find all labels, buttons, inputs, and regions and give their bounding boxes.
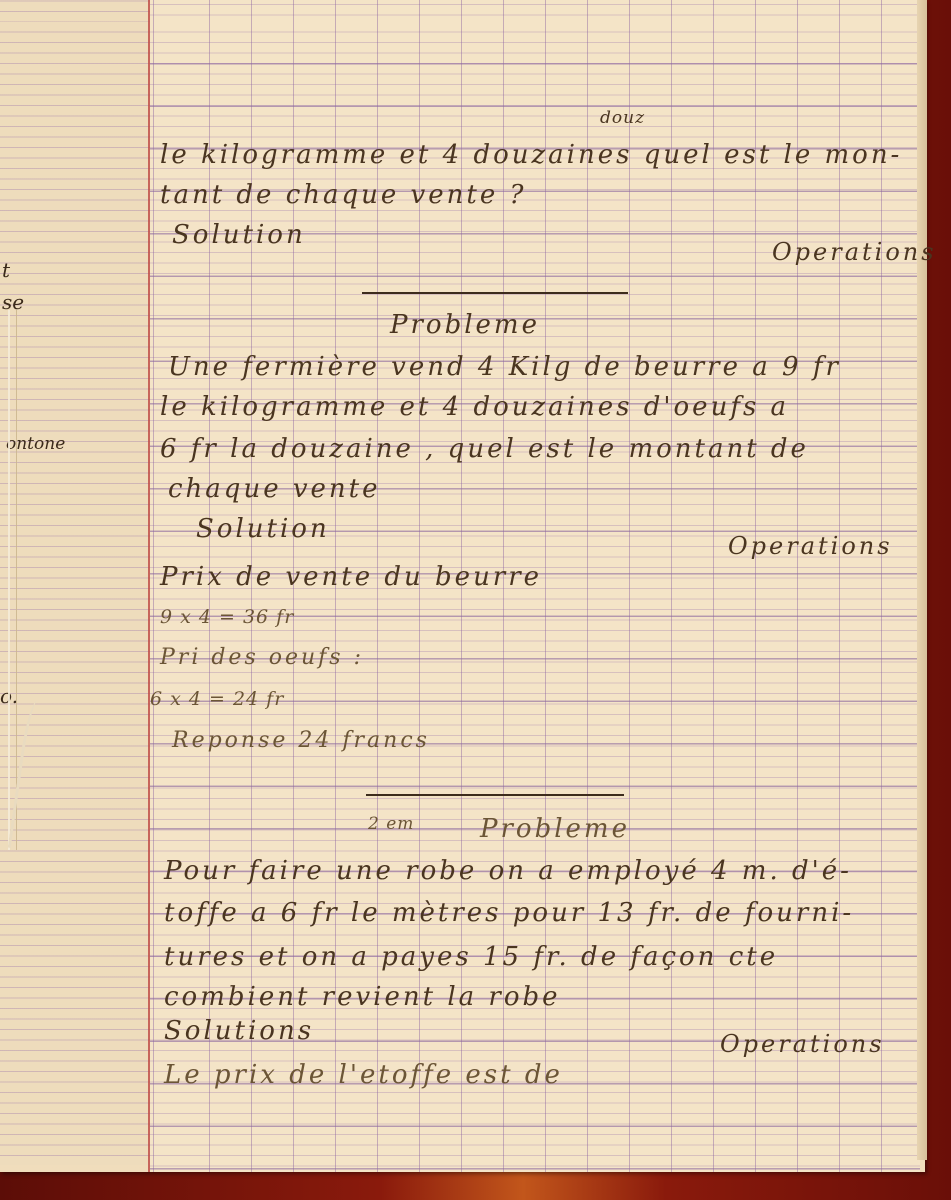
operations-label: Operations <box>772 238 937 266</box>
solution-line: 6 x 4 = 24 fr <box>150 688 284 710</box>
notebook: t se ontone o. douz le kilogramme et 4 d… <box>0 0 925 1172</box>
binding-spine <box>8 310 17 850</box>
text-line: toffe a 6 fr le mètres pour 13 fr. de fo… <box>164 898 854 928</box>
solution-line: 9 x 4 = 36 fr <box>160 606 294 628</box>
solution-line: Le prix de l'etoffe est de <box>164 1060 563 1090</box>
margin-line <box>148 0 150 1172</box>
operations-label: Operations <box>720 1030 885 1058</box>
solution-label: Solution <box>196 514 330 544</box>
left-page-fragment: t se ontone o. <box>0 0 150 1165</box>
text-line: Une fermière vend 4 Kilg de beurre a 9 f… <box>168 352 841 382</box>
text-line: Pour faire une robe on a employé 4 m. d'… <box>164 856 852 886</box>
text-line: combient revient la robe <box>164 982 561 1012</box>
answer-line: Reponse 24 francs <box>172 728 430 753</box>
section-divider <box>362 292 628 294</box>
solution-label: Solutions <box>164 1016 314 1046</box>
operations-label: Operations <box>728 532 893 560</box>
text-line: 6 fr la douzaine , quel est le montant d… <box>160 434 809 464</box>
section-divider <box>366 794 624 796</box>
page-edge <box>917 0 927 1160</box>
problem-title: Probleme <box>390 310 540 340</box>
text-line: tant de chaque vente ? <box>160 180 526 210</box>
solution-line: Pri des oeufs : <box>160 645 364 670</box>
correction-note: douz <box>600 108 645 128</box>
left-fragment-text: t <box>2 258 10 282</box>
problem-title: Probleme <box>480 814 630 844</box>
text-line: chaque vente <box>168 474 381 504</box>
text-line: tures et on a payes 15 fr. de façon cte <box>164 942 778 972</box>
solution-line: Prix de vente du beurre <box>160 562 542 592</box>
problem-ordinal: 2 em <box>368 814 414 834</box>
text-line: le kilogramme et 4 douzaines d'oeufs a <box>160 392 789 422</box>
solution-label: Solution <box>172 220 306 250</box>
text-line: le kilogramme et 4 douzaines quel est le… <box>160 140 902 170</box>
